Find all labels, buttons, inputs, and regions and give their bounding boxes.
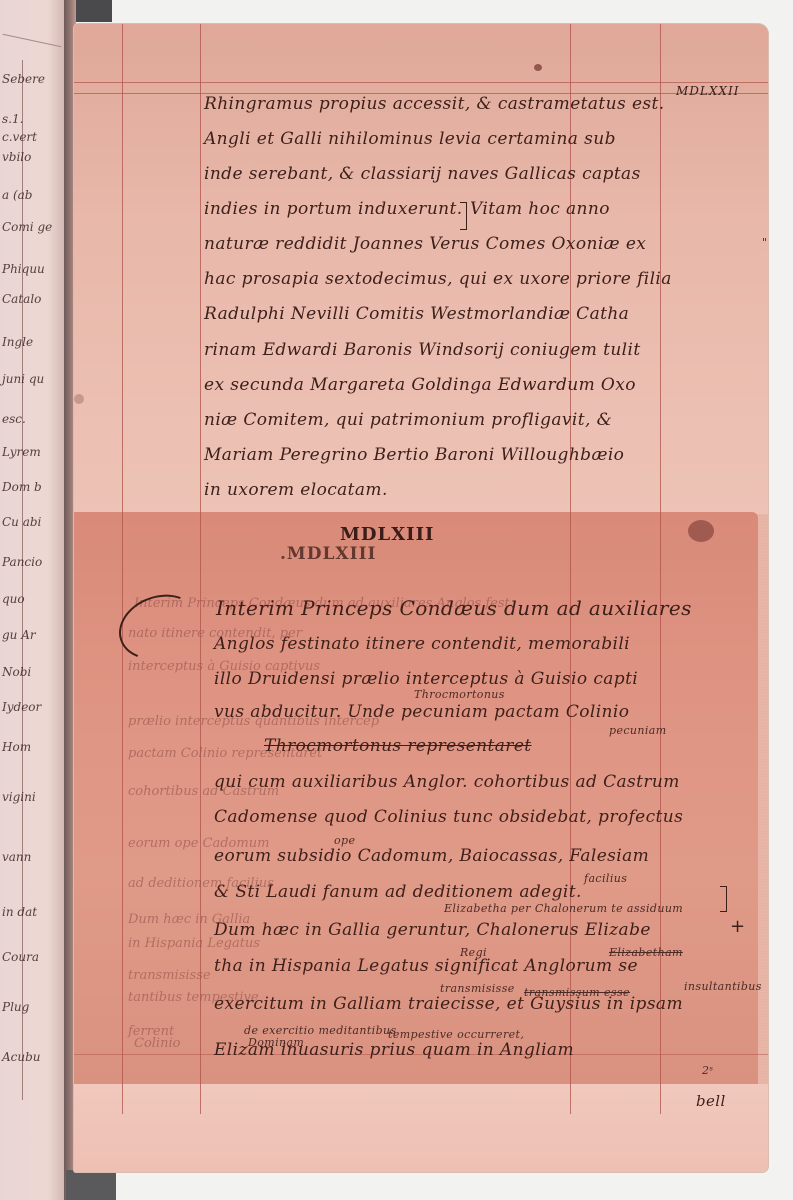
- left-page-fragment: vigini: [2, 790, 36, 804]
- left-page-fragment: Dom b: [2, 480, 42, 494]
- left-page-fragment: quo: [2, 592, 25, 606]
- left-page-fragment: Lyrem: [2, 445, 41, 459]
- left-page-fragment: vann: [2, 850, 31, 864]
- left-page-fragment: Coura: [2, 950, 39, 964]
- ghost-text: Colinio: [134, 1036, 180, 1051]
- text-line: Cadomense quod Colinius tunc obsidebat, …: [214, 807, 683, 827]
- text-line: eorum subsidio Cadomum, Baiocassas, Fale…: [214, 846, 649, 866]
- text-line: qui cum auxiliaribus Anglor. cohortibus …: [214, 772, 680, 792]
- left-page-fragment: Sebere: [2, 72, 45, 86]
- catchword: bell: [696, 1092, 726, 1110]
- text-line: tha in Hispania Legatus significat Anglo…: [214, 956, 638, 976]
- left-page-fragment: c.vert: [2, 130, 37, 144]
- text-line: Vitam hoc anno: [470, 199, 610, 219]
- ruling-horizontal: [74, 82, 768, 83]
- margin-cross-mark: +: [730, 916, 745, 937]
- left-page-fragment: Plug: [2, 1000, 29, 1014]
- ruling-vertical: [570, 24, 571, 1114]
- left-page-fragment: Phiquu: [2, 262, 45, 276]
- text-line: Anglos festinato itinere contendit, memo…: [214, 634, 630, 654]
- left-page-fragment: Ingle: [2, 335, 33, 349]
- left-page-fragment: Pancio: [2, 555, 42, 569]
- interlinear-note: Elizabetha per Chalonerum te assiduum: [444, 902, 683, 915]
- ghost-text: transmisisse: [128, 968, 211, 983]
- left-page-vertical-rule: [22, 60, 23, 1100]
- left-page-fragment: s.1.: [2, 112, 23, 126]
- left-page-fragment: Acubu: [2, 1050, 41, 1064]
- bracket-mark: [720, 886, 727, 912]
- text-line: illo Druidensi prælio interceptus à Guis…: [214, 669, 638, 689]
- interlinear-note: pecuniam: [609, 724, 667, 737]
- text-line: Radulphi Nevilli Comitis Westmorlandiæ C…: [204, 304, 629, 324]
- text-line: Interim Princeps Condæus dum ad auxiliar…: [216, 596, 692, 620]
- left-page-fragment: juni qu: [2, 372, 44, 386]
- left-facing-page: Sebere s.1. c.vert vbilo a (ab Comi ge P…: [0, 0, 69, 1200]
- left-page-fragment: in dat: [2, 905, 37, 919]
- left-page-fragment: Iydeor: [2, 700, 41, 714]
- text-line: niæ Comitem, qui patrimonium profligavit…: [204, 410, 612, 430]
- leaf-lower-margin: [74, 1084, 768, 1172]
- binding-gap-bottom: [66, 1170, 116, 1200]
- text-line: Angli et Galli nihilominus levia certami…: [204, 129, 616, 149]
- text-line: rinam Edwardi Baronis Windsorij coniugem…: [204, 340, 641, 360]
- ink-blot: [688, 520, 714, 542]
- text-line: Mariam Peregrino Bertio Baroni Willoughb…: [204, 445, 624, 465]
- left-page-fragment: esc.: [2, 412, 26, 426]
- interlinear-note: insultantibus: [684, 980, 762, 993]
- section-year: MDLXIII: [340, 524, 434, 545]
- text-line: inde serebant, & classiarij naves Gallic…: [204, 164, 641, 184]
- stain: [74, 394, 84, 404]
- header-year: MDLXXII: [676, 84, 739, 98]
- left-page-fragment: vbilo: [2, 150, 31, 164]
- ink-spot: [534, 64, 542, 71]
- text-line: indies in portum induxerunt.: [204, 199, 463, 219]
- ruling-vertical: [122, 24, 123, 1114]
- text-line: ex secunda Margareta Goldinga Edwardum O…: [204, 375, 636, 395]
- interlinear-note: Throcmortonus: [414, 688, 505, 701]
- section-year-duplicate: .MDLXIII: [280, 544, 376, 564]
- text-line: & Sti Laudi fanum ad deditionem adegit.: [214, 882, 582, 902]
- text-line: Dum hæc in Gallia geruntur, Chalonerus E…: [214, 920, 651, 940]
- interlinear-note: facilius: [584, 872, 627, 885]
- margin-mark: 2ˢ: [702, 1064, 714, 1077]
- text-line: Elizam inuasuris prius quam in Angliam: [214, 1040, 574, 1060]
- left-page-fragment: gu Ar: [2, 628, 36, 642]
- bracket-mark: [460, 202, 467, 230]
- left-page-fragment: Hom: [2, 740, 31, 754]
- text-line: naturæ reddidit Joannes Verus Comes Oxon…: [204, 234, 646, 254]
- manuscript-leaf: MDLXXII Rhingramus propius accessit, & c…: [74, 24, 768, 1172]
- left-page-fragment: a (ab: [2, 188, 33, 202]
- text-line: Rhingramus propius accessit, & castramet…: [204, 94, 665, 114]
- text-line: hac prosapia sextodecimus, qui ex uxore …: [204, 269, 672, 289]
- text-line: Throcmortonus representaret: [264, 736, 532, 756]
- left-page-fragment: Cu abi: [2, 515, 41, 529]
- text-line: vus abducitur. Unde pecuniam pactam Coli…: [214, 702, 629, 722]
- text-line: exercitum in Galliam traiecisse, et Guys…: [214, 994, 683, 1014]
- left-page-fragment: Comi ge: [2, 220, 52, 234]
- left-page-rule: [3, 34, 62, 47]
- left-page-fragment: Nobi: [2, 665, 31, 679]
- margin-mark: ": [762, 236, 767, 249]
- text-line: in uxorem elocatam.: [204, 480, 388, 500]
- left-page-fragment: Catalo: [2, 292, 41, 306]
